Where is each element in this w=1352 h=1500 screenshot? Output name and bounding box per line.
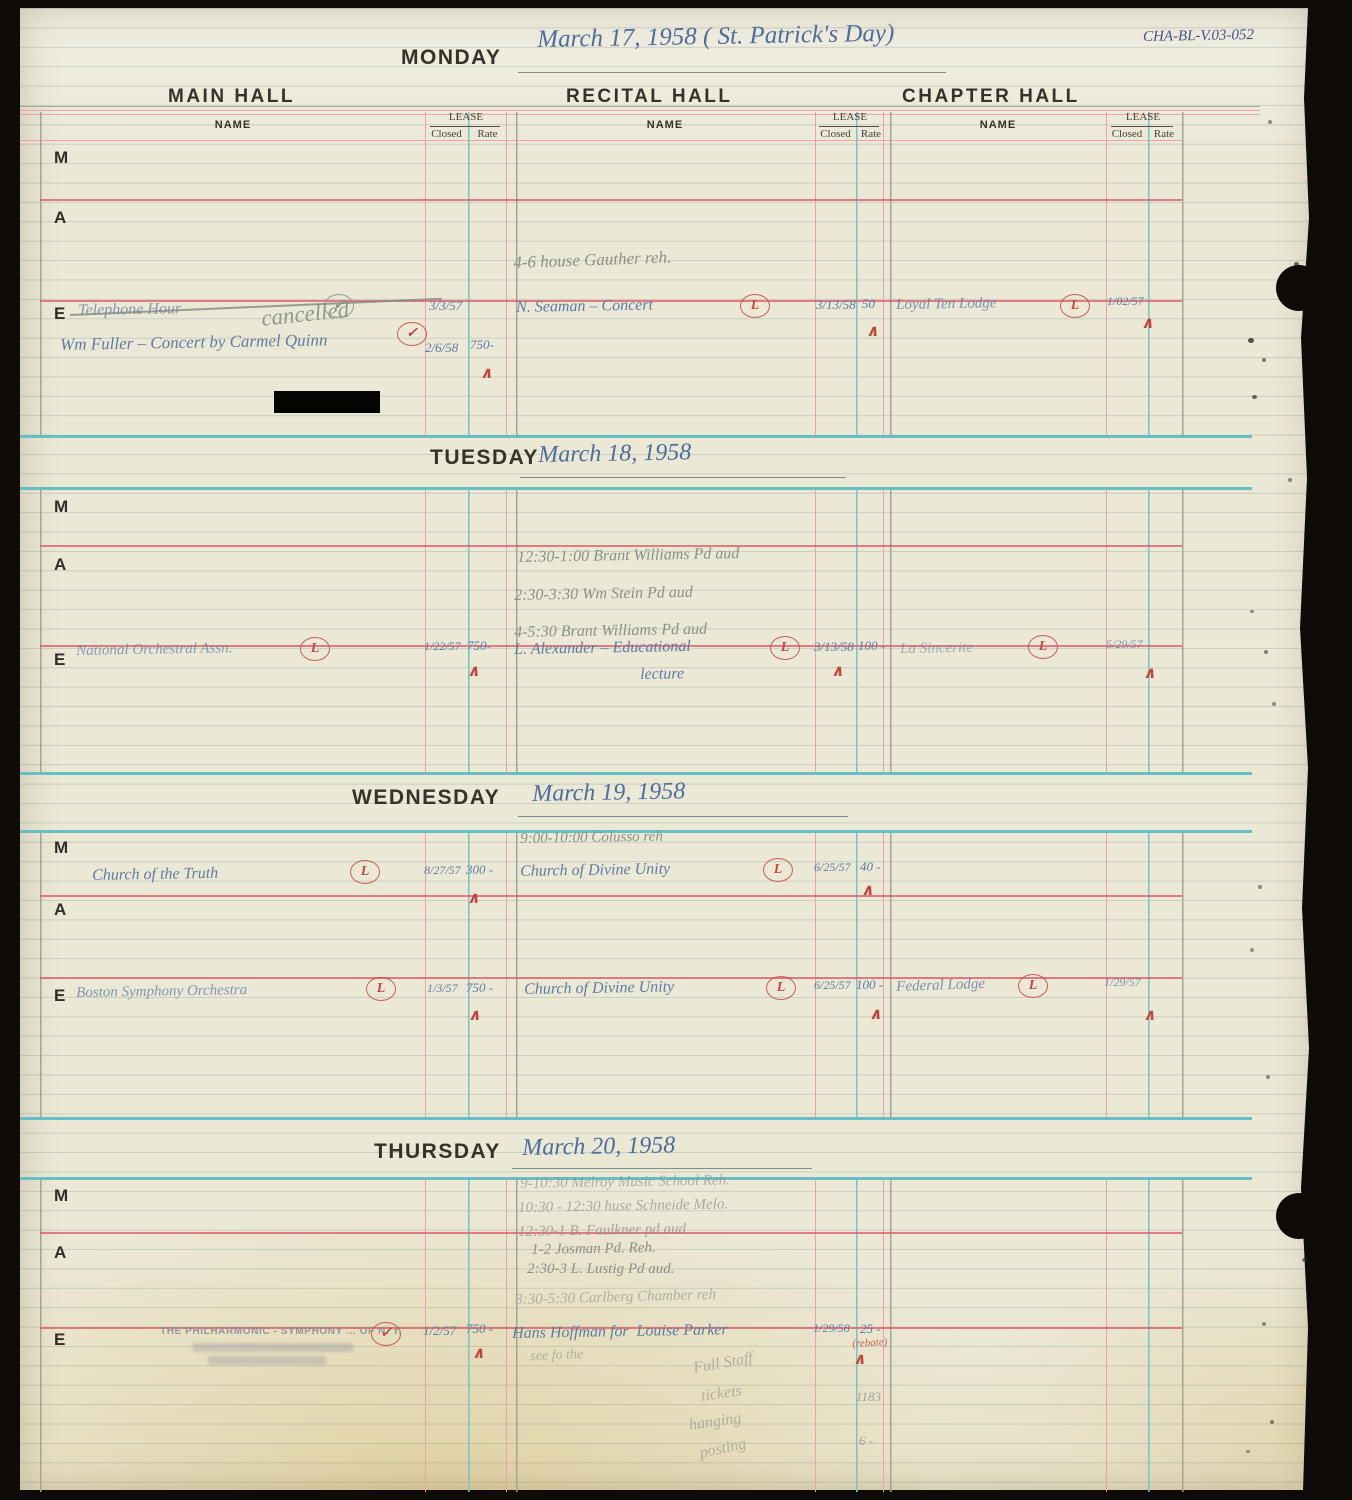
day-date-wednesday: March 19, 1958 xyxy=(532,778,686,808)
row-label-afternoon: A xyxy=(54,555,66,575)
closed-date: 1/29/58 xyxy=(813,1322,850,1335)
ink-speck xyxy=(1288,478,1292,482)
day-section-monday xyxy=(20,112,1252,438)
date-underline xyxy=(518,816,848,817)
column-header-lease-main: LEASE xyxy=(425,111,507,123)
circled-l: L xyxy=(1060,294,1090,318)
closed-date: 1/29/57 xyxy=(1104,976,1141,989)
row-label-evening: E xyxy=(54,986,65,1006)
ink-speck xyxy=(1246,1450,1250,1453)
circled-l: L xyxy=(740,294,770,318)
row-label-evening: E xyxy=(54,304,65,324)
column-header-name-chapter: NAME xyxy=(900,119,1096,131)
day-date-tuesday: March 18, 1958 xyxy=(538,439,692,469)
ink-speck xyxy=(1264,650,1268,654)
column-header-rate-recital: Rate xyxy=(856,128,886,140)
amount-1183: 1183 xyxy=(856,1390,881,1404)
closed-date: 8/27/57 xyxy=(424,864,461,877)
closed-date: 6/25/57 xyxy=(814,861,851,874)
rate-value: 40 - xyxy=(860,860,881,874)
column-header-closed-chapter: Closed xyxy=(1106,128,1148,140)
closed-date: 6/25/57 xyxy=(814,979,851,992)
circled-check-red: ✓ xyxy=(397,322,427,346)
rate-value: 100 - xyxy=(858,639,885,653)
closed-date: 3/3/57 xyxy=(429,299,462,313)
day-label-wednesday: WEDNESDAY xyxy=(352,786,500,810)
redaction-box xyxy=(274,391,380,413)
entry-federal-lodge: Federal Lodge xyxy=(896,976,985,996)
row-label-morning: M xyxy=(54,1186,68,1206)
closed-date: 1/02/57 xyxy=(1107,295,1144,308)
entry-la-sincerite: La Sincerite xyxy=(900,640,973,658)
stamp-smudge xyxy=(193,1343,353,1352)
rate-value: 50 xyxy=(862,297,875,311)
circled-l: L xyxy=(350,860,380,884)
sched-faulkner: 12:30-1 B. Faulkner pd aud xyxy=(518,1221,686,1240)
rule-line xyxy=(819,126,879,127)
amount-6: 6 - xyxy=(859,1434,873,1448)
entry-church-divine-unity-pm: Church of Divine Unity xyxy=(524,978,674,998)
rate-value: 750- xyxy=(467,639,491,653)
row-divider-line xyxy=(40,895,1182,897)
date-underline xyxy=(520,477,846,478)
entry-church-divine-unity-am: Church of Divine Unity xyxy=(520,860,670,880)
stamp-philharmonic: THE PHILHARMONIC - SYMPHONY ... OF N. Y. xyxy=(160,1326,402,1337)
row-label-morning: M xyxy=(54,148,68,168)
day-label-thursday: THURSDAY xyxy=(374,1140,501,1164)
ink-speck xyxy=(1268,120,1272,124)
ink-speck xyxy=(1262,1322,1266,1326)
hole-punch-stub xyxy=(1300,1207,1352,1225)
column-header-lease-chapter: LEASE xyxy=(1106,111,1180,123)
entry-l-alexander: L. Alexander – Educational xyxy=(514,638,691,659)
circled-l: L xyxy=(770,636,800,660)
ink-speck xyxy=(1266,1075,1270,1079)
note-faint: see fo the xyxy=(530,1347,583,1364)
note-rebate: (rebate) xyxy=(852,1336,888,1350)
row-label-morning: M xyxy=(54,497,68,517)
ink-speck xyxy=(1252,395,1257,399)
closed-date: 5/29/57 xyxy=(1106,638,1143,651)
entry-boston-symphony: Boston Symphony Orchestra xyxy=(76,982,247,1001)
rate-value: 750- xyxy=(470,338,494,352)
circled-l: L xyxy=(766,976,796,1000)
catalog-code: CHA-BL-V.03-052 xyxy=(1143,27,1254,46)
entry-loyal-ten-lodge: Loyal Ten Lodge xyxy=(896,295,997,313)
closed-date: 1/22/57 xyxy=(424,640,461,653)
circled-l: L xyxy=(763,858,793,882)
rule-line xyxy=(20,106,1260,107)
ink-speck xyxy=(1258,885,1262,889)
day-label-tuesday: TUESDAY xyxy=(430,446,539,470)
ink-speck xyxy=(1262,358,1266,362)
rule-line xyxy=(430,126,500,127)
circled-l: L xyxy=(1028,635,1058,659)
circled-l: L xyxy=(1018,974,1048,998)
ink-speck xyxy=(1272,702,1276,706)
closed-date: 2/6/58 xyxy=(425,341,458,355)
stamp-smudge xyxy=(208,1356,326,1365)
circled-l: L xyxy=(300,637,330,661)
column-header-name-recital: NAME xyxy=(560,119,770,131)
row-label-morning: M xyxy=(54,838,68,858)
rule-line xyxy=(1111,126,1173,127)
rate-value: 100 - xyxy=(856,978,883,992)
closed-date: 1/2/57 xyxy=(423,1324,456,1338)
ink-speck xyxy=(1302,1258,1307,1262)
entry-hans-hoffman-louise-parker: Hans Hoffman for Louise Parker xyxy=(512,1321,728,1342)
row-divider-line xyxy=(40,199,1182,201)
date-underline xyxy=(518,72,946,73)
hall-title-chapter: CHAPTER HALL xyxy=(902,86,1080,108)
ink-speck xyxy=(1248,338,1254,343)
scanned-ledger-page: MONDAY March 17, 1958 ( St. Patrick's Da… xyxy=(0,0,1352,1500)
closed-date: 1/3/57 xyxy=(427,982,458,995)
sched-lustig: 2:30-3 L. Lustig Pd aud. xyxy=(527,1261,675,1278)
column-header-lease-recital: LEASE xyxy=(815,111,885,123)
rate-value: 25 - xyxy=(860,1322,881,1336)
rule-line xyxy=(20,110,1260,111)
column-header-rate-main: Rate xyxy=(468,128,507,140)
rate-value: 300 - xyxy=(466,863,493,877)
circled-check-pencil: ✓ xyxy=(324,294,354,318)
day-date-thursday: March 20, 1958 xyxy=(522,1132,676,1162)
sched-josman: 1-2 Josman Pd. Reh. xyxy=(531,1240,656,1259)
entry-n-seaman: N. Seaman – Concert xyxy=(516,297,653,317)
entry-church-of-the-truth: Church of the Truth xyxy=(92,865,218,885)
closed-date: 3/13/58 xyxy=(816,298,856,312)
row-label-afternoon: A xyxy=(54,1243,66,1263)
day-label-monday: MONDAY xyxy=(401,46,501,70)
row-label-afternoon: A xyxy=(54,208,66,228)
column-header-name-main: NAME xyxy=(120,119,346,131)
ink-speck xyxy=(1270,1420,1274,1424)
entry-national-orchestral-assn: National Orchestral Assn. xyxy=(76,640,233,659)
circled-check-red: ✓ xyxy=(371,1322,401,1346)
row-label-evening: E xyxy=(54,1330,65,1350)
ink-speck xyxy=(1250,948,1254,952)
entry-l-alexander-line2: lecture xyxy=(640,665,684,683)
column-header-rate-chapter: Rate xyxy=(1148,128,1180,140)
hall-title-main: MAIN HALL xyxy=(168,86,295,108)
row-divider-line xyxy=(40,977,1182,979)
row-label-evening: E xyxy=(54,650,65,670)
rate-value: 750 - xyxy=(466,1322,493,1336)
row-label-afternoon: A xyxy=(54,900,66,920)
hall-title-recital: RECITAL HALL xyxy=(566,86,733,108)
row-divider-line xyxy=(40,545,1182,547)
sched-wm-stein: 2:30-3:30 Wm Stein Pd aud xyxy=(514,584,693,605)
ink-speck xyxy=(1250,610,1254,613)
closed-date: 3/13/58 xyxy=(814,640,854,654)
rate-value: 750 - xyxy=(466,981,493,995)
sched-colusso-reh: 9:00-10:00 Colusso reh xyxy=(520,829,663,848)
hole-punch-stub xyxy=(1300,279,1352,297)
column-header-closed-recital: Closed xyxy=(815,128,856,140)
circled-l: L xyxy=(366,977,396,1001)
column-header-closed-main: Closed xyxy=(425,128,468,140)
date-underline xyxy=(512,1168,812,1169)
